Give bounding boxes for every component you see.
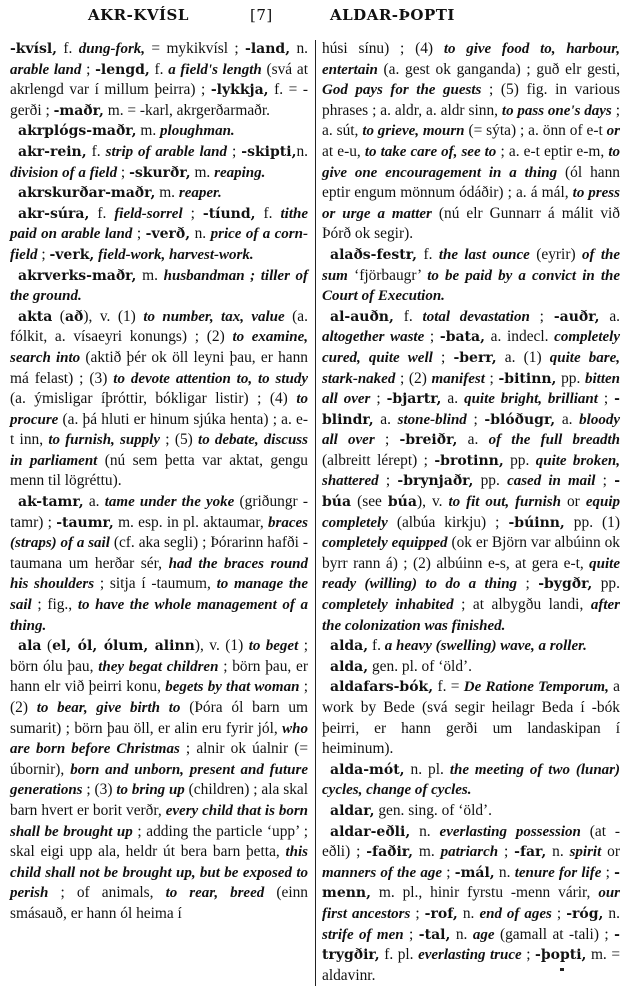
dictionary-entry: alda, f. a heavy (swelling) wave, a roll… <box>322 636 620 657</box>
entry-text: f. <box>394 308 423 325</box>
definition-text: to devote attention to, to study <box>113 371 308 387</box>
entry-text: ; <box>433 349 454 366</box>
entry-text: m. <box>137 122 161 139</box>
entry-text: pp. <box>473 472 507 489</box>
entry-text: f. pl. <box>380 946 418 963</box>
definition-text: to take care of, see to <box>365 144 496 160</box>
entry-text: n. <box>495 864 515 881</box>
headword: ala <box>18 638 41 654</box>
definition-text: reaping. <box>214 165 265 181</box>
dictionary-entry: al-auðn, f. total devastation ; -auðr, a… <box>322 307 620 637</box>
headword: -breiðr, <box>400 432 458 448</box>
headword: -bygðr, <box>538 576 592 592</box>
entry-text: ; <box>183 205 203 222</box>
entry-text: ; <box>485 370 499 387</box>
definition-text: or <box>607 123 620 139</box>
entry-text: ‘fjörbaugr’ <box>348 267 427 284</box>
entry-text: ; <box>117 164 129 181</box>
definition-text: ploughman. <box>160 123 235 139</box>
definition-text: strip of arable land <box>106 144 227 160</box>
entry-text: ; <box>227 143 241 160</box>
headword: -taumr, <box>56 515 114 531</box>
entry-text: ( <box>41 637 52 654</box>
dictionary-entry: akrskurðar-maðr, m. reaper. <box>10 183 308 204</box>
headword: akrplógs-maðr, <box>18 123 137 139</box>
definition-text: to fit out, furnish <box>449 494 561 510</box>
definition-text: field-sorrel <box>114 206 182 222</box>
entry-text: ; <box>81 61 95 78</box>
definition-text: total devastation <box>423 309 530 325</box>
dictionary-entry: akrplógs-maðr, m. ploughman. <box>10 121 308 142</box>
dictionary-entry: aldar, gen. sing. of ‘öld’. <box>322 801 620 822</box>
entry-text: n. <box>546 843 569 860</box>
left-guide-word: AKR-KVÍSL <box>88 6 189 24</box>
right-guide-word: ALDAR-ÞOPTI <box>330 6 455 24</box>
headword: -rof, <box>425 906 458 922</box>
entry-text: m. <box>191 164 215 181</box>
definition-text: completely inhabited <box>322 597 454 613</box>
page-number: [7] <box>250 6 273 24</box>
definition-text: cased in mail <box>507 473 595 489</box>
headword: -bitinn, <box>498 371 556 387</box>
definition-text: patriarch <box>441 844 499 860</box>
entry-text: ( <box>52 308 65 325</box>
entry-text: ), v. (1) <box>83 308 143 325</box>
entry-text: ; of animals, <box>48 884 165 901</box>
dictionary-entry: alda-mót, n. pl. the meeting of two (lun… <box>322 760 620 801</box>
definition-text: to rear, breed <box>166 885 265 901</box>
entry-text: ), v. <box>417 493 449 510</box>
entry-text: m. <box>413 843 441 860</box>
entry-text: at e-u, <box>322 143 365 160</box>
dictionary-entry: akr-rein, f. strip of arable land ; -ski… <box>10 142 308 183</box>
entry-text: m. pl., hinir fyrstu -menn várir, <box>371 884 598 901</box>
left-column: -kvísl, f. dung-fork, = mykikvísl ; -lan… <box>10 39 308 925</box>
entry-text: ; at albygðu landi, <box>454 596 591 613</box>
headword: -verk, <box>49 247 94 263</box>
definition-text: age <box>473 927 495 943</box>
definition-text: to bear, give birth to <box>37 700 181 716</box>
dictionary-entry: alda, gen. pl. of ‘öld’. <box>322 657 620 678</box>
entry-text: a. <box>555 411 579 428</box>
headword: -róg, <box>566 906 603 922</box>
entry-text: n. pl. <box>405 761 450 778</box>
entry-text: (gamall at -tali) ; <box>495 926 615 943</box>
definition-text: manners of the age <box>322 865 442 881</box>
headword: -bjartr, <box>387 391 442 407</box>
definition-text: to furnish, supply <box>48 432 160 448</box>
definition-text: they begat children <box>98 659 218 675</box>
dictionary-entry: húsi sínu) ; (4) to give food to, harbou… <box>322 39 620 245</box>
entry-text: a. <box>599 308 620 325</box>
entry-text: ; fig., <box>32 596 78 613</box>
entry-text: gen. pl. of ‘öld’. <box>368 658 472 675</box>
entry-text: ; (2) <box>395 370 431 387</box>
entry-text: n. <box>290 40 308 57</box>
headword: -lykkja, <box>211 82 269 98</box>
entry-text: ; <box>442 864 455 881</box>
column-divider <box>315 40 316 986</box>
headword: akrverks-maðr, <box>18 268 136 284</box>
entry-text: f. <box>256 205 281 222</box>
entry-text: n. <box>603 905 620 922</box>
headword: ak-tamr, <box>18 494 84 510</box>
dictionary-entry: ak-tamr, a. tame under the yoke (griðung… <box>10 492 308 636</box>
dictionary-entry: akta (að), v. (1) to number, tax, value … <box>10 307 308 492</box>
headword: -land, <box>245 41 290 57</box>
definition-text: to beget <box>249 638 299 654</box>
definition-text: altogether waste <box>322 329 424 345</box>
entry-text: ; <box>552 905 566 922</box>
definition-text: division of a field <box>10 165 117 181</box>
entry-text: f. <box>87 143 106 160</box>
entry-text: or <box>561 493 586 510</box>
definition-text: stone-blind <box>398 412 467 428</box>
entry-text: (= sýta) ; a. önn of e-t <box>465 122 607 139</box>
entry-text: ; <box>595 472 614 489</box>
entry-text: ; <box>370 390 386 407</box>
definition-text: reaper. <box>179 185 222 201</box>
entry-text: ; sitja í -taumum, <box>94 575 217 592</box>
headword: -kvísl, <box>10 41 57 57</box>
entry-text: m. = -karl, akrgerðarmaðr. <box>104 102 270 119</box>
headword: aldafars-bók, <box>330 679 433 695</box>
entry-text: ; <box>522 946 535 963</box>
headword: alda-mót, <box>330 762 405 778</box>
entry-text: (albreitt lérept) ; <box>322 452 434 469</box>
entry-text: n. <box>296 143 308 160</box>
headword: akr-súra, <box>18 206 89 222</box>
headword: -tíund, <box>203 206 256 222</box>
headword: aldar-eðli, <box>330 824 410 840</box>
headword: -berr, <box>453 350 496 366</box>
entry-text: f. <box>417 246 439 263</box>
headword: -verð, <box>146 226 190 242</box>
entry-text: m. <box>136 267 163 284</box>
headword: -bata, <box>440 329 485 345</box>
headword: akr-rein, <box>18 144 87 160</box>
definition-text: a field's length <box>168 62 261 78</box>
entry-text: ; <box>498 843 514 860</box>
right-column: húsi sínu) ; (4) to give food to, harbou… <box>322 39 620 986</box>
headword: alda, <box>330 659 368 675</box>
entry-text: pp. <box>504 452 536 469</box>
definition-text: completely equipped <box>322 535 448 551</box>
headword: -far, <box>514 844 546 860</box>
entry-text: m. esp. in pl. aktaumar, <box>114 514 268 531</box>
entry-text: ), v. (1) <box>195 637 249 654</box>
entry-text: gen. sing. of ‘öld’. <box>374 802 492 819</box>
definition-text: arable land <box>10 62 81 78</box>
entry-text: (albúa kirkju) ; <box>388 514 509 531</box>
entry-text: or <box>601 843 620 860</box>
entry-text: ; <box>467 411 485 428</box>
headword: -auðr, <box>554 309 600 325</box>
dictionary-entry: alaðs-festr, f. the last ounce (eyrir) o… <box>322 245 620 307</box>
headword: -blóðugr, <box>484 412 555 428</box>
entry-text: a. indecl. <box>485 328 554 345</box>
definition-text: to pass one's days <box>502 103 612 119</box>
entry-text: ; <box>404 926 419 943</box>
entry-text: f. <box>368 637 385 654</box>
headword: -þopti, <box>535 947 586 963</box>
headword: -maðr, <box>54 103 104 119</box>
headword: að <box>65 309 83 325</box>
entry-text: (a. gest ok ganganda) ; guð elr gesti, <box>378 61 620 78</box>
entry-text: (a. ýmisligar íþróttir, bókligar listir)… <box>10 390 296 407</box>
dictionary-entry: aldafars-bók, f. = De Ratione Temporum, … <box>322 677 620 759</box>
entry-text: ; <box>132 225 145 242</box>
entry-text: pp. <box>592 575 620 592</box>
definition-text: everlasting possession <box>440 824 581 840</box>
entry-text: ; <box>601 864 614 881</box>
entry-text: (see <box>351 493 388 510</box>
definition-text: quite bright, brilliant <box>464 391 598 407</box>
definition-text: begets by that woman <box>165 679 299 695</box>
headword: -brotinn, <box>434 453 503 469</box>
entry-text: f. <box>150 61 168 78</box>
entry-text: a. (1) <box>497 349 550 366</box>
definition-text: dung-fork, <box>79 41 145 57</box>
entry-text: n. <box>458 905 480 922</box>
definition-text: to grieve, mourn <box>362 123 464 139</box>
dictionary-entry: -kvísl, f. dung-fork, = mykikvísl ; -lan… <box>10 39 308 121</box>
definition-text: strife of men <box>322 927 404 943</box>
definition-text: to number, tax, value <box>143 309 284 325</box>
definition-text: De Ratione Temporum, <box>464 679 609 695</box>
headword: alaðs-festr, <box>330 247 417 263</box>
entry-text: n. <box>410 823 439 840</box>
definition-text: God pays for the guests <box>322 82 481 98</box>
definition-text: tame under the yoke <box>105 494 235 510</box>
headword: akrskurðar-maðr, <box>18 185 155 201</box>
entry-text: ; <box>530 308 554 325</box>
definition-text: a heavy (swelling) wave, a roller. <box>385 638 587 654</box>
entry-text: m. <box>155 184 179 201</box>
headword: -brynjaðr, <box>397 473 473 489</box>
definition-text: everlasting truce <box>418 947 522 963</box>
entry-text: ; <box>38 246 50 263</box>
headword: -mál, <box>455 865 495 881</box>
dictionary-entry: aldar-eðli, n. everlasting possession (a… <box>322 822 620 987</box>
entry-text: = mykikvísl ; <box>145 40 245 57</box>
entry-text: pp. (1) <box>565 514 620 531</box>
definition-text: the last ounce <box>439 247 530 263</box>
headword: -lengd, <box>95 62 150 78</box>
entry-text: a. <box>374 411 398 428</box>
page-header: AKR-KVÍSL [7] ALDAR-ÞOPTI <box>0 6 625 28</box>
entry-text: ; <box>410 905 424 922</box>
dictionary-entry: ala (el, ól, ólum, alinn), v. (1) to beg… <box>10 636 308 924</box>
headword: -skurðr, <box>129 165 191 181</box>
definition-text: to bring up <box>116 782 184 798</box>
definition-text: tenure for life <box>515 865 602 881</box>
entry-text: f. = <box>433 678 464 695</box>
headword: -skipti, <box>241 144 296 160</box>
entry-text: a. <box>441 390 464 407</box>
headword: -faðir, <box>366 844 413 860</box>
entry-text: f. <box>57 40 79 57</box>
entry-text: pp. <box>556 370 585 387</box>
headword: akta <box>18 309 52 325</box>
headword: búa <box>388 494 417 510</box>
entry-text: ; <box>375 431 400 448</box>
entry-text: ; (3) <box>83 781 117 798</box>
entry-text: ; <box>424 328 440 345</box>
definition-text: of the full breadth <box>489 432 620 448</box>
entry-text: ; a. e-t eptir e-m, <box>496 143 608 160</box>
entry-text: ; <box>598 390 614 407</box>
entry-text: húsi sínu) ; (4) <box>322 40 444 57</box>
entry-text: ; (5) <box>160 431 198 448</box>
headword: aldar, <box>330 803 374 819</box>
entry-text: (eyrir) <box>530 246 582 263</box>
definition-text: spirit <box>570 844 602 860</box>
headword: el, ól, ólum, alinn <box>52 638 195 654</box>
entry-text: a. <box>457 431 488 448</box>
entry-text: ; <box>379 472 398 489</box>
headword: alda, <box>330 638 368 654</box>
headword: -tal, <box>419 927 451 943</box>
dictionary-entry: akrverks-maðr, m. husbandman ; tiller of… <box>10 266 308 307</box>
headword: -búinn, <box>508 515 564 531</box>
headword: al-auðn, <box>330 309 394 325</box>
dictionary-entry: akr-súra, f. field-sorrel ; -tíund, f. t… <box>10 204 308 266</box>
definition-text: manifest <box>432 371 485 387</box>
definition-text: end of ages <box>479 906 551 922</box>
print-speck <box>560 968 564 971</box>
entry-text: f. <box>89 205 114 222</box>
entry-text: n. <box>450 926 473 943</box>
definition-text: field-work, harvest-work. <box>98 247 253 263</box>
entry-text: a. <box>84 493 105 510</box>
entry-text: ; <box>517 575 538 592</box>
entry-text: n. <box>190 225 211 242</box>
